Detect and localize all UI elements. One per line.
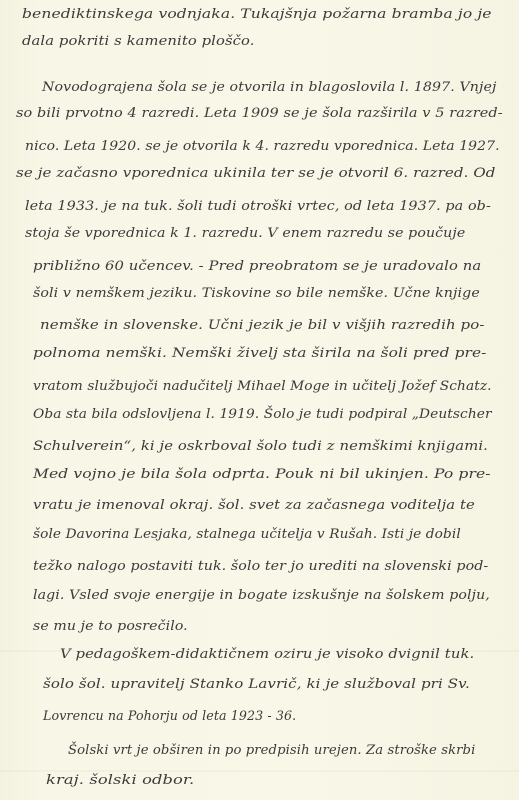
handwritten-line: leta 1933. je na tuk. šoli tudi otroški … (25, 200, 491, 213)
handwritten-line: se mu je to posrečilo. (33, 620, 188, 633)
handwritten-line: Novodograjena šola se je otvorila in bla… (42, 81, 497, 94)
handwritten-line: polnoma nemški. Nemški živelj sta širila… (33, 347, 486, 360)
handwritten-line: šolo šol. upravitelj Stanko Lavrič, ki j… (43, 678, 470, 691)
handwritten-line: Med vojno je bila šola odprta. Pouk ni b… (33, 468, 491, 481)
handwritten-line: kraj. šolski odbor. (46, 774, 194, 787)
paper-bleed-through (0, 770, 519, 772)
handwritten-line: nico. Leta 1920. se je otvorila k 4. raz… (25, 140, 500, 153)
handwritten-line: benediktinskega vodnjaka. Tukajšnja poža… (22, 8, 492, 21)
handwritten-line: Oba sta bila odslovljena l. 1919. Šolo j… (33, 408, 492, 421)
handwritten-line: so bili prvotno 4 razredi. Leta 1909 se … (16, 107, 503, 120)
handwritten-line: težko nalogo postaviti tuk. šolo ter jo … (33, 560, 488, 573)
handwritten-line: se je začasno vporednica ukinila ter se … (16, 167, 496, 180)
handwritten-line: približno 60 učencev. - Pred preobratom … (33, 260, 481, 273)
handwritten-line: lagi. Vsled svoje energije in bogate izs… (33, 589, 490, 602)
handwritten-line: vratu je imenoval okraj. šol. svet za za… (33, 499, 475, 512)
handwritten-line: Lovrencu na Pohorju od leta 1923 - 36. (43, 710, 296, 723)
handwritten-line: Šolski vrt je obširen in po predpisih ur… (68, 744, 475, 757)
handwritten-line: nemške in slovenske. Učni jezik je bil v… (40, 319, 485, 332)
scanned-handwritten-page: benediktinskega vodnjaka. Tukajšnja poža… (0, 0, 519, 800)
handwritten-line: stoja še vporednica k 1. razredu. V enem… (25, 227, 465, 240)
handwritten-line: vratom službujoči nadučitelj Mihael Moge… (33, 380, 492, 393)
handwritten-line: dala pokriti s kamenito ploščo. (22, 35, 254, 48)
handwritten-line: Schulverein“, ki je oskrboval šolo tudi … (33, 440, 488, 453)
handwritten-line: šoli v nemškem jeziku. Tiskovine so bile… (33, 287, 480, 300)
handwritten-line: šole Davorina Lesjaka, stalnega učitelja… (33, 528, 461, 541)
handwritten-line: V pedagoškem-didaktičnem oziru je visoko… (60, 648, 474, 661)
